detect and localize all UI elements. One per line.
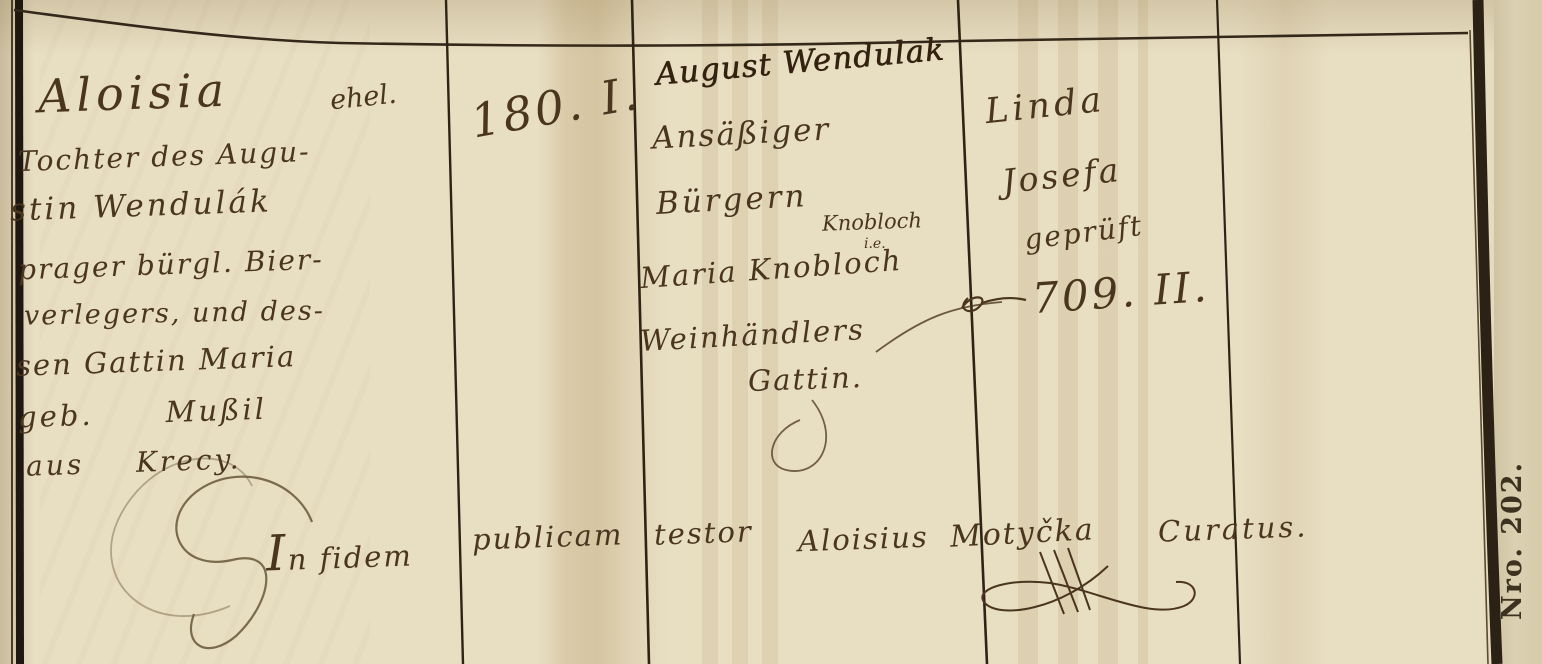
witness-line: Bürgern xyxy=(655,178,808,222)
child-name-qualifier: ehel. xyxy=(329,79,398,117)
witness-line: August Wendulak xyxy=(654,31,946,92)
reference-line: Linda xyxy=(983,80,1107,132)
attestation-word: Curatus. xyxy=(1157,509,1309,548)
witness-line: Maria Knobloch xyxy=(639,243,903,295)
child-desc-line: aus Krecy. xyxy=(25,442,242,483)
witness-line: Ansäßiger xyxy=(651,111,831,156)
attestation-word: Aloisius xyxy=(797,520,929,559)
reference-line: geprüft xyxy=(1022,209,1145,256)
child-desc-line: sen Gattin Maria xyxy=(15,339,296,383)
paper-stain xyxy=(1240,0,1330,664)
child-desc-line: verlegers, und des- xyxy=(24,295,325,331)
reference-line: Josefa xyxy=(1000,150,1123,201)
child-desc-line: prager bürgl. Bier- xyxy=(18,243,325,287)
curate-signature: Motyčka xyxy=(949,512,1095,555)
witness-line: Weinhändlers xyxy=(639,312,865,358)
attestation-word: publicam xyxy=(471,517,623,556)
child-desc-line: geb. Mußil xyxy=(17,392,267,435)
child-desc-line: stin Wendulák xyxy=(9,183,272,228)
correction-text: Knobloch xyxy=(822,208,923,235)
child-desc-line: Tochter des Augu- xyxy=(18,135,312,178)
attestation-word: In fidem xyxy=(265,519,414,582)
child-name: Aloisia xyxy=(37,63,230,124)
register-sheet: Aloisia ehel. Tochter des Augu- stin Wen… xyxy=(0,0,1542,664)
reference-line: 709. II. xyxy=(1031,262,1211,323)
page-number-label-wrap: Nro. 202. xyxy=(1484,420,1540,660)
page-number-label: Nro. 202. xyxy=(1497,461,1528,620)
witness-line: Gattin. xyxy=(747,360,863,398)
record-number: 180. I. xyxy=(467,66,645,149)
attestation-word: testor xyxy=(653,514,753,551)
